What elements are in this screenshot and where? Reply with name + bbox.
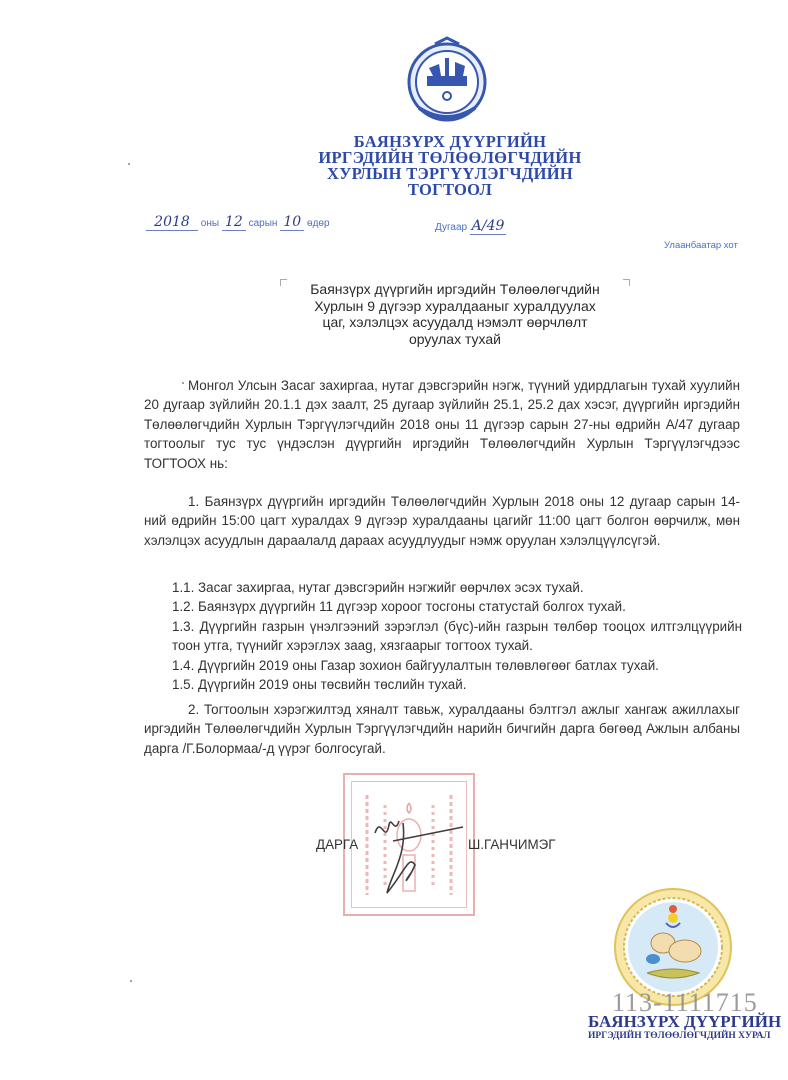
letterhead-title: БАЯНЗҮРХ ДҮҮРГИЙН ИРГЭДИЙН ТӨЛӨӨЛӨГЧДИЙН…: [300, 134, 600, 198]
preamble: Монгол Улсын Засаг захиргаа, нутаг дэвсг…: [144, 376, 740, 473]
brand-name-line-2: ИРГЭДИЙН ТӨЛӨӨЛӨГЧДИЙН ХУРАЛ: [588, 1031, 758, 1041]
subpoint-1-3-text: 1.3. Дүүргийн газрын үнэлгээний зэрэглэл…: [172, 619, 742, 653]
official-seal-stamp: [343, 773, 475, 916]
date-month-suffix: сарын: [249, 218, 278, 229]
subject-block: Баянзүрх дүүргийн иргэдийн Төлөөлөгчдийн…: [280, 281, 630, 347]
subject-line-2: Хурлын 9 дүгээр хуралдааныг хуралдуулах: [280, 298, 630, 315]
preamble-text: Монгол Улсын Засаг захиргаа, нутаг дэвсг…: [144, 376, 740, 473]
date-year-suffix: оны: [201, 218, 219, 229]
point-2-text: 2. Тогтоолын хэрэгжилтэд хяналт тавьж, х…: [144, 700, 740, 758]
resolution-point-1: 1. Баянзүрх дүүргийн иргэдийн Төлөөлөгчд…: [144, 492, 740, 550]
subpoint-1-5: 1.5. Дүүргийн 2019 оны төсвийн төслийн т…: [172, 675, 742, 694]
mongolia-emblem-icon: [405, 36, 489, 124]
date-day: 10: [280, 214, 304, 231]
signatory-name: Ш.ГАНЧИМЭГ: [468, 837, 556, 852]
subpoints-list: 1.1. Засаг захиргаа, нутаг дэвсгэрийн нэ…: [172, 578, 742, 694]
subpoint-1-1: 1.1. Засаг захиргаа, нутаг дэвсгэрийн нэ…: [172, 578, 742, 597]
subpoint-1-2: 1.2. Баянзүрх дүүргийн 11 дүгээр хороог …: [172, 597, 742, 616]
number-label: Дугаар: [435, 222, 467, 233]
subpoint-1-4: 1.4. Дүүргийн 2019 оны Газар зохион байг…: [172, 656, 742, 675]
scan-speck: [130, 980, 132, 982]
date-day-suffix: өдөр: [307, 218, 330, 229]
subject-line-3: цаг, хэлэлцэх асуудалд нэмэлт өөрчлөлт: [280, 314, 630, 331]
subpoint-1-3: 1.3. Дүүргийн газрын үнэлгээний зэрэглэл…: [172, 617, 742, 656]
date-year: 2018: [146, 214, 198, 231]
subject-line-1: Баянзүрх дүүргийн иргэдийн Төлөөлөгчдийн: [280, 281, 630, 298]
city: Улаанбаатар хот: [664, 240, 738, 251]
scan-speck: [128, 163, 130, 165]
point-1-text: 1. Баянзүрх дүүргийн иргэдийн Төлөөлөгчд…: [144, 492, 740, 550]
date-month: 12: [222, 214, 246, 231]
state-emblem: [405, 36, 489, 124]
bracket-top-right: [623, 279, 630, 286]
number-value: А/49: [470, 218, 506, 235]
resolution-point-2: 2. Тогтоолын хэрэгжилтэд хяналт тавьж, х…: [144, 700, 740, 758]
document-number: Дугаар А/49: [435, 218, 506, 235]
scan-speck: [182, 382, 184, 384]
signatory-title: ДАРГА: [316, 837, 358, 852]
handwritten-signature-icon: [345, 775, 473, 914]
subject-line-4: оруулах тухай: [280, 331, 630, 348]
letterhead-line-4: ТОГТООЛ: [300, 182, 600, 198]
bracket-top-left: [280, 279, 287, 286]
date-line: 2018 оны 12 сарын 10 өдөр: [146, 214, 330, 231]
brand-name-line-1: БАЯНЗҮРХ ДҮҮРГИЙН: [588, 1012, 758, 1032]
